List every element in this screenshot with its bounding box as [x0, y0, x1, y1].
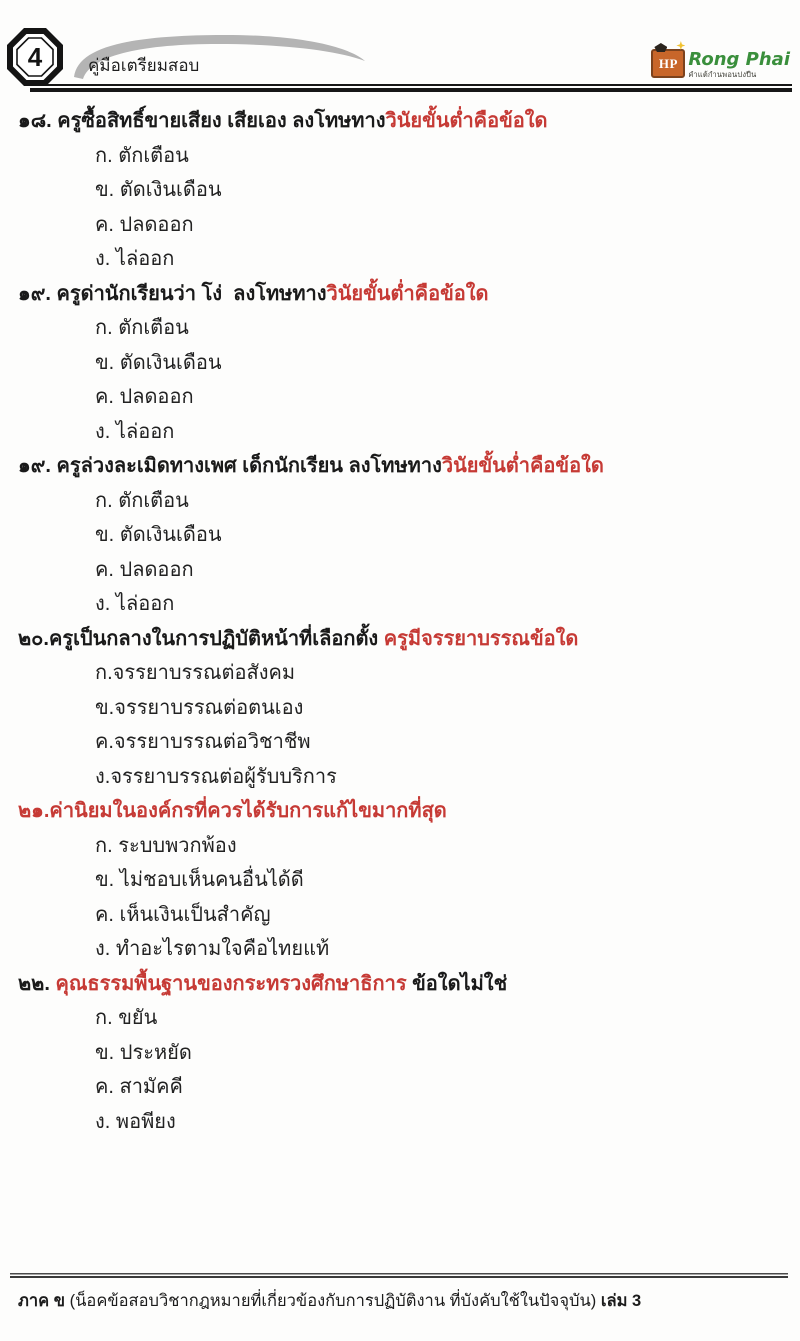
question-heading-highlight: ครูมีจรรยาบรรณข้อใด: [384, 628, 579, 650]
question-heading-highlight: คุณธรรมพื้นฐานของกระทรวงศึกษาธิการ: [55, 973, 406, 995]
answer-option: ค. เห็นเงินเป็นสำคัญ: [18, 898, 790, 933]
question-heading-text: ๒๐.ครูเป็นกลางในการปฏิบัติหน้าที่เลือกตั…: [18, 628, 384, 650]
answer-option: ง. ไล่ออก: [18, 587, 790, 622]
answer-option: ข. ไม่ชอบเห็นคนอื่นได้ดี: [18, 863, 790, 898]
document-page: 4 คู่มือเตรียมสอบ HP Rong Phai คำแต้กำนพ…: [0, 0, 800, 1341]
answer-option: ข. ตัดเงินเดือน: [18, 518, 790, 553]
question-block: ๑๘. ครูซื้อสิทธิ์ขายเสียง เสียเอง ลงโทษท…: [18, 104, 790, 277]
answer-option: ข. ตัดเงินเดือน: [18, 346, 790, 381]
answer-option: ง.จรรยาบรรณต่อผู้รับบริการ: [18, 760, 790, 795]
answer-option: ง. พอพียง: [18, 1105, 790, 1140]
logo-monogram: HP: [659, 56, 678, 72]
page-number-badge: 4: [6, 27, 64, 87]
footer-description: (น็อคข้อสอบวิชากฎหมายที่เกี่ยวข้องกับการ…: [70, 1292, 601, 1310]
answer-option: ค. ปลดออก: [18, 208, 790, 243]
brand-tagline: คำแต้กำนพอนปงปืน: [688, 71, 790, 79]
answer-option: ง. ทำอะไรตามใจคือไทยแท้: [18, 932, 790, 967]
answer-option: ก. ตักเตือน: [18, 139, 790, 174]
question-heading-text: ข้อใดไม่ใช่: [407, 973, 508, 995]
answer-option: ง. ไล่ออก: [18, 242, 790, 277]
question-heading-highlight: วินัยขั้นต่ำคือข้อใด: [386, 110, 548, 132]
question-heading: ๑๘. ครูซื้อสิทธิ์ขายเสียง เสียเอง ลงโทษท…: [18, 104, 790, 139]
footer-section: ภาค ข: [18, 1292, 70, 1310]
sparkle-icon: [676, 41, 685, 50]
brand-name: Rong Phai: [688, 51, 790, 69]
brand-logo: HP Rong Phai คำแต้กำนพอนปงปืน: [651, 40, 790, 79]
answer-option: ก. ขยัน: [18, 1001, 790, 1036]
answer-option: ก. ตักเตือน: [18, 484, 790, 519]
question-heading: ๒๐.ครูเป็นกลางในการปฏิบัติหน้าที่เลือกตั…: [18, 622, 790, 657]
question-heading: ๒๑.ค่านิยมในองค์กรที่ควรได้รับการแก้ไขมา…: [18, 794, 790, 829]
question-heading-highlight: วินัยขั้นต่ำคือข้อใด: [442, 455, 604, 477]
page-number: 4: [6, 33, 64, 81]
footer-divider: [10, 1273, 788, 1278]
footer-citation: ภาค ข (น็อคข้อสอบวิชากฎหมายที่เกี่ยวข้อง…: [18, 1288, 788, 1314]
question-block: ๑๙. ครูด่านักเรียนว่า โง่ ลงโทษทางวินัยข…: [18, 277, 790, 450]
header-divider: [30, 84, 792, 92]
footer-volume: เล่ม 3: [601, 1292, 641, 1310]
answer-option: ค.จรรยาบรรณต่อวิชาชีพ: [18, 725, 790, 760]
question-heading: ๑๙. ครูด่านักเรียนว่า โง่ ลงโทษทางวินัยข…: [18, 277, 790, 312]
question-block: ๒๐.ครูเป็นกลางในการปฏิบัติหน้าที่เลือกตั…: [18, 622, 790, 795]
answer-option: ค. ปลดออก: [18, 553, 790, 588]
question-heading-text: ๑๙. ครูล่วงละเมิดทางเพศ เด็กนักเรียน ลงโ…: [18, 455, 442, 477]
question-block: ๒๑.ค่านิยมในองค์กรที่ควรได้รับการแก้ไขมา…: [18, 794, 790, 967]
logo-hp-icon: HP: [651, 49, 685, 78]
question-block: ๒๒. คุณธรรมพื้นฐานของกระทรวงศึกษาธิการ ข…: [18, 967, 790, 1140]
question-heading: ๒๒. คุณธรรมพื้นฐานของกระทรวงศึกษาธิการ ข…: [18, 967, 790, 1002]
question-heading-highlight: ๒๑.ค่านิยมในองค์กรที่ควรได้รับการแก้ไขมา…: [18, 800, 447, 822]
answer-option: ก. ตักเตือน: [18, 311, 790, 346]
answer-option: ค. สามัคคี: [18, 1070, 790, 1105]
questions: ๑๘. ครูซื้อสิทธิ์ขายเสียง เสียเอง ลงโทษท…: [0, 96, 800, 1139]
graduation-cap-icon: [654, 43, 667, 52]
question-heading-text: ๑๙. ครูด่านักเรียนว่า โง่ ลงโทษทาง: [18, 283, 327, 305]
question-heading-text: ๒๒.: [18, 973, 55, 995]
answer-option: ง. ไล่ออก: [18, 415, 790, 450]
answer-option: ก. ระบบพวกพ้อง: [18, 829, 790, 864]
question-heading-highlight: วินัยขั้นต่ำคือข้อใด: [327, 283, 489, 305]
answer-option: ข. ประหยัด: [18, 1036, 790, 1071]
answer-option: ค. ปลดออก: [18, 380, 790, 415]
question-heading: ๑๙. ครูล่วงละเมิดทางเพศ เด็กนักเรียน ลงโ…: [18, 449, 790, 484]
question-block: ๑๙. ครูล่วงละเมิดทางเพศ เด็กนักเรียน ลงโ…: [18, 449, 790, 622]
question-heading-text: ๑๘. ครูซื้อสิทธิ์ขายเสียง เสียเอง ลงโทษท…: [18, 110, 386, 132]
answer-option: ข. ตัดเงินเดือน: [18, 173, 790, 208]
answer-option: ก.จรรยาบรรณต่อสังคม: [18, 656, 790, 691]
answer-option: ข.จรรยาบรรณต่อตนเอง: [18, 691, 790, 726]
document-title: คู่มือเตรียมสอบ: [88, 52, 199, 79]
